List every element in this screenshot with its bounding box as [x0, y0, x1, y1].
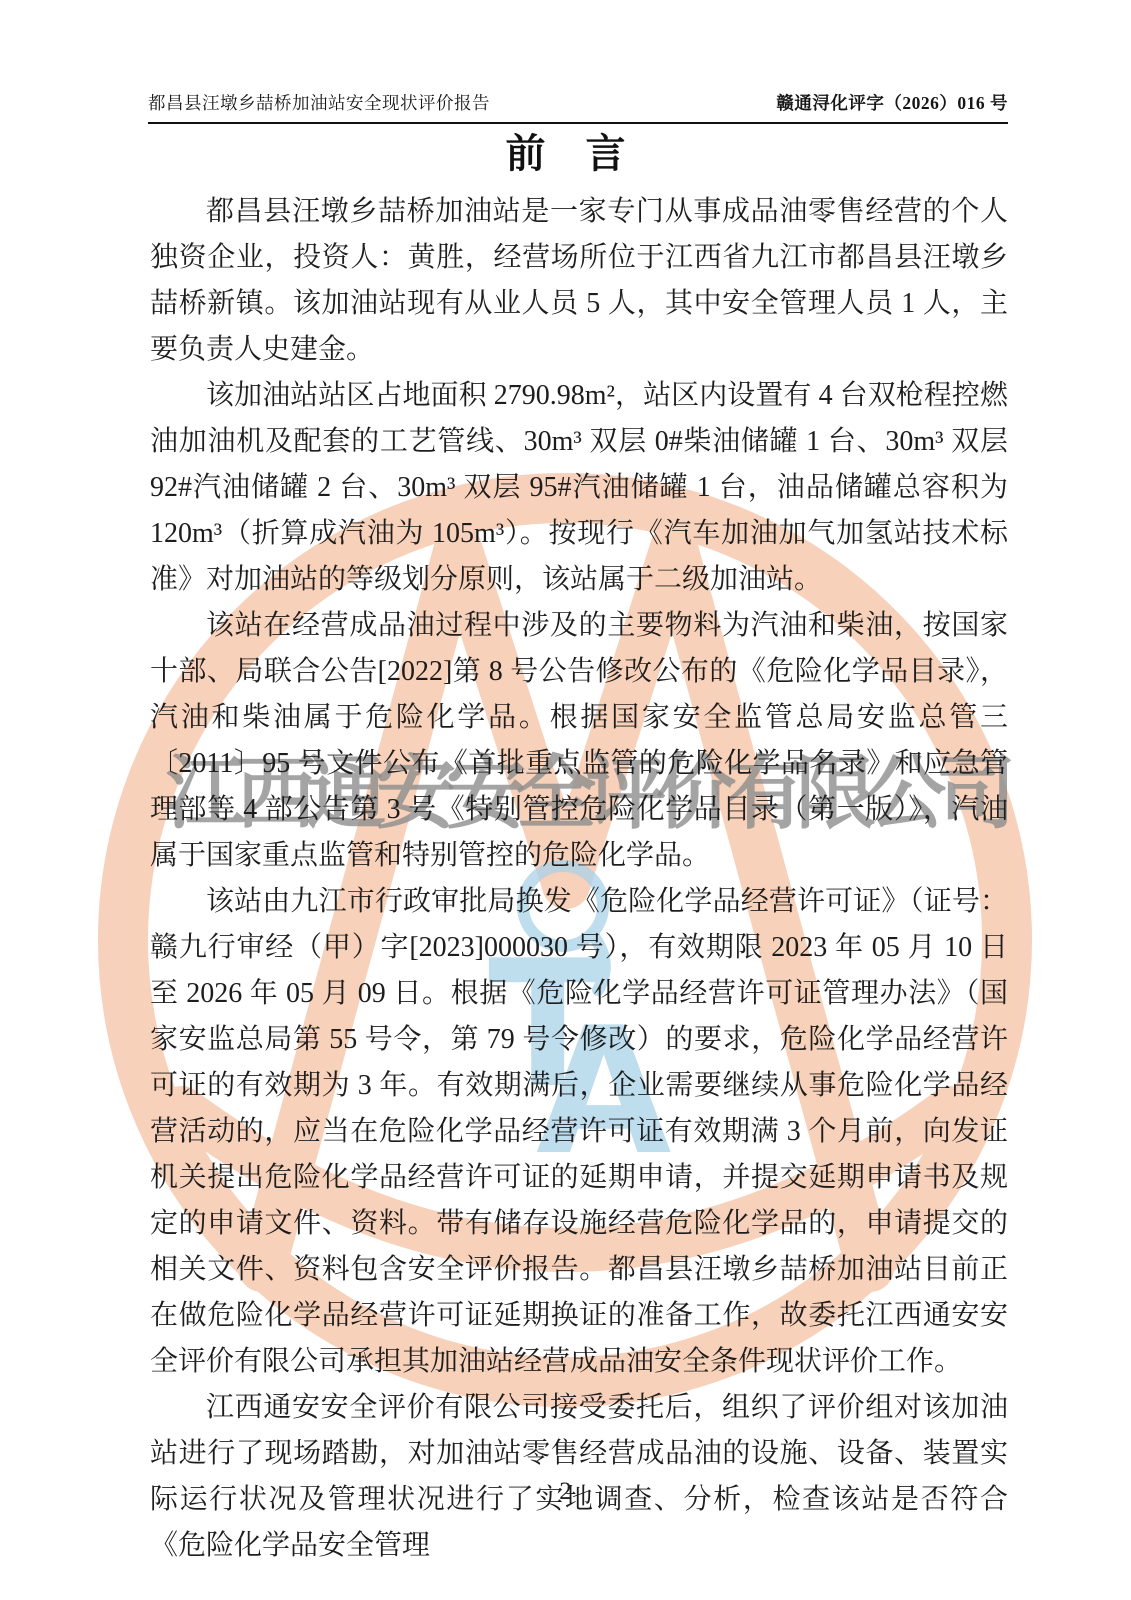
page-header: 都昌县汪墩乡喆桥加油站安全现状评价报告 赣通浔化评字（2026）016 号 [148, 90, 1008, 124]
preface-body: 都昌县汪墩乡喆桥加油站是一家专门从事成品油零售经营的个人独资企业，投资人：黄胜，… [150, 189, 1008, 1569]
header-document-number: 赣通浔化评字（2026）016 号 [776, 90, 1008, 115]
section-title: 前 言 [0, 130, 1131, 178]
header-report-title: 都昌县汪墩乡喆桥加油站安全现状评价报告 [148, 90, 490, 115]
preface-paragraph-3: 该站在经营成品油过程中涉及的主要物料为汽油和柴油，按国家十部、局联合公告[202… [150, 603, 1008, 879]
document-page: T A 江西通安安全评价有限公司 都昌县汪墩乡喆桥加油站安全现状评价报告 赣通浔… [0, 0, 1131, 1600]
preface-paragraph-1: 都昌县汪墩乡喆桥加油站是一家专门从事成品油零售经营的个人独资企业，投资人：黄胜，… [150, 189, 1008, 373]
preface-paragraph-5: 江西通安安全评价有限公司接受委托后，组织了评价组对该加油站进行了现场踏勘，对加油… [150, 1385, 1008, 1569]
preface-paragraph-4: 该站由九江市行政审批局换发《危险化学品经营许可证》（证号：赣九行审经（甲）字[2… [150, 879, 1008, 1385]
page-number: 2 [0, 1478, 1131, 1506]
preface-paragraph-2: 该加油站站区占地面积 2790.98m²，站区内设置有 4 台双枪程控燃油加油机… [150, 373, 1008, 603]
